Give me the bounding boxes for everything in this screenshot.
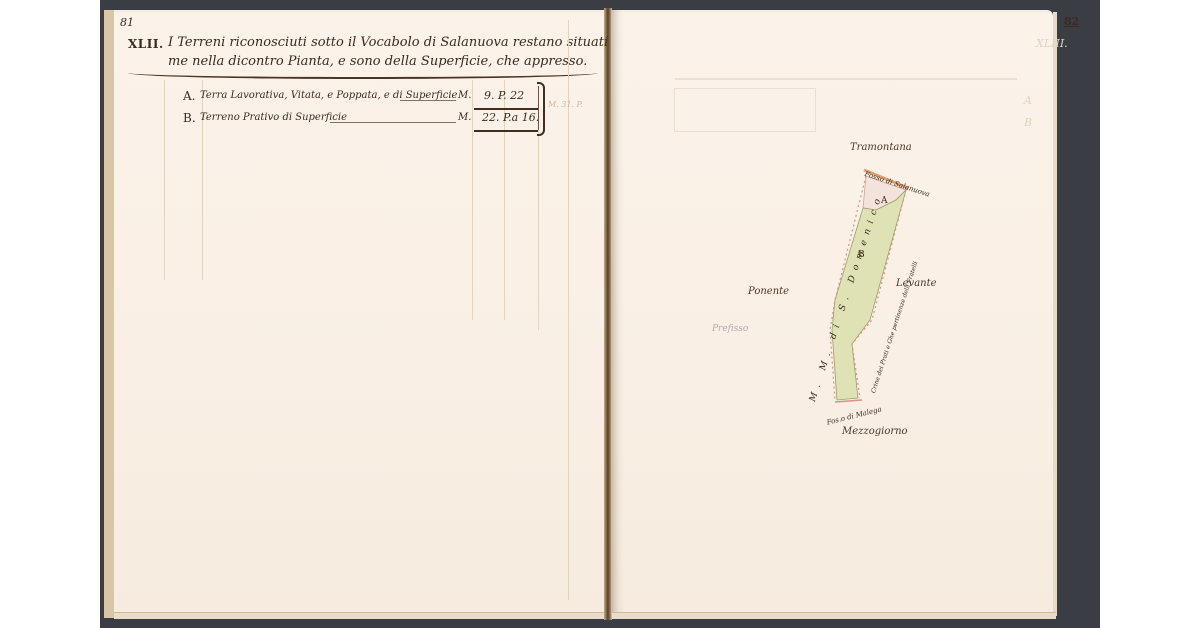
column-rule — [202, 80, 203, 280]
compass-south: Mezzogiorno — [842, 426, 908, 437]
section-number: XLII. — [128, 37, 164, 51]
leader-line — [400, 100, 456, 101]
bleed-through-box — [674, 88, 816, 132]
entry-description: Terreno Prativo di Superficie — [200, 112, 347, 123]
left-page-edges — [114, 612, 604, 619]
entry-letter: A. — [183, 89, 195, 103]
entry-unit: M. — [458, 90, 471, 101]
heading-line-1: I Terreni riconosciuti sotto il Vocabolo… — [168, 35, 632, 50]
amount-underline — [474, 130, 538, 132]
total-brace — [537, 82, 545, 136]
bleed-through-section: XLIII. — [1036, 37, 1068, 50]
leader-line — [330, 122, 456, 123]
heading-flourish — [128, 67, 598, 79]
bleed-through-row: B — [1024, 116, 1032, 129]
parcel-map-drawing — [700, 130, 980, 440]
compass-east: Levante — [896, 278, 937, 289]
brace-total: M. 31. P. — [548, 100, 583, 109]
entry-letter: B. — [183, 111, 196, 125]
compass-west: Ponente — [748, 286, 789, 297]
right-page-edge — [1053, 12, 1057, 616]
compass-north: Tramontana — [850, 142, 912, 153]
parcel-map: A B Tramontana Mezzogiorno Ponente Levan… — [700, 130, 980, 440]
right-page-edges — [612, 612, 1056, 619]
amount-divider — [474, 108, 538, 110]
entry-unit: M. — [458, 112, 471, 123]
faint-label: Prefisso — [712, 324, 748, 334]
bleed-through-rule — [675, 78, 1017, 80]
left-folio-number: 81 — [120, 16, 134, 29]
bleed-through-row: A — [1024, 94, 1032, 107]
column-rule — [538, 130, 539, 330]
right-folio-number: 82 — [1064, 15, 1079, 28]
column-rule — [164, 80, 165, 280]
